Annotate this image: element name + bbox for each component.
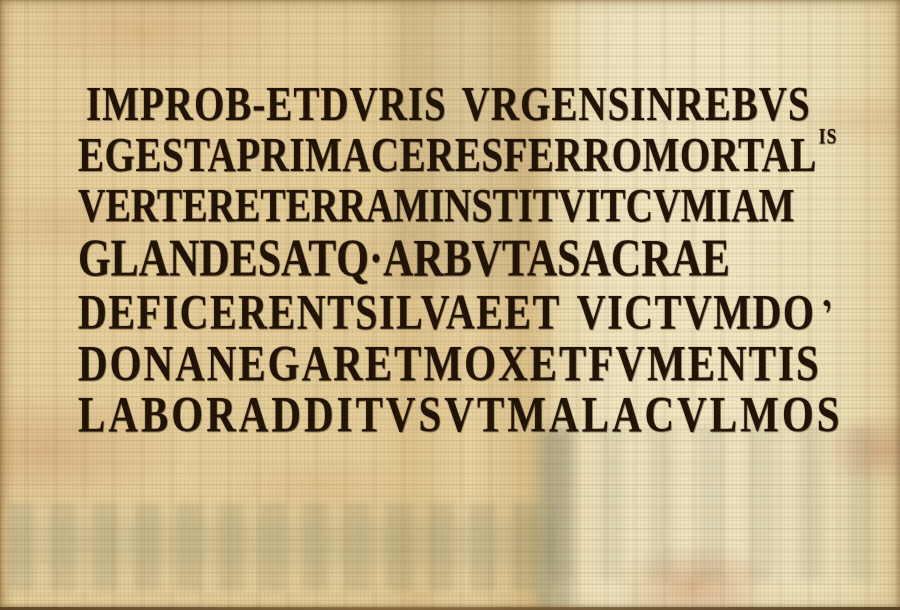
- manuscript-line-2: EGESTAPRIMACERESFERROMORTALIS: [78, 127, 837, 183]
- line-text: VERTERETERRAMINSTITVITCVMIAM: [78, 180, 795, 233]
- manuscript-line-4: GLANDESATQ·ARBVTASACRAE: [78, 229, 730, 289]
- line-text: GLANDESATQ·ARBVTASACRAE: [78, 230, 730, 288]
- line-text: EGESTAPRIMACERESFERROMORTAL: [78, 128, 817, 182]
- manuscript-line-5: DEFICERENTSILVAEET VICTVMDO,: [78, 282, 828, 341]
- manuscript-text-block: IMPROB-ETDVRIS VRGENSINREBVS EGESTAPRIMA…: [0, 0, 900, 610]
- manuscript-line-3: VERTERETERRAMINSTITVITCVMIAM: [78, 179, 795, 234]
- papyrus-manuscript-photo: IMPROB-ETDVRIS VRGENSINREBVS EGESTAPRIMA…: [0, 0, 900, 610]
- line-text: DEFICERENTSILVAEET VICTVMDO: [78, 283, 815, 339]
- manuscript-line-7: LABORADDITVSVTMALACVLMOS: [78, 384, 843, 444]
- superscript-abbreviation: IS: [819, 124, 838, 149]
- line-text: LABORADDITVSVTMALACVLMOS: [78, 385, 843, 443]
- line-text: IMPROB-ETDVRIS VRGENSINREBVS: [86, 77, 811, 131]
- manuscript-line-1: IMPROB-ETDVRIS VRGENSINREBVS: [86, 76, 811, 132]
